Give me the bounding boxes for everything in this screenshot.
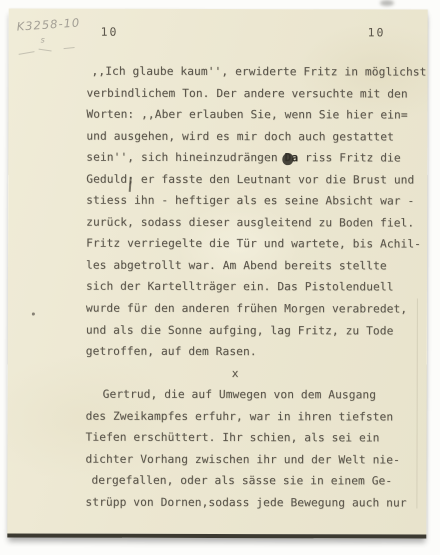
- text-line: Geduld; er fasste den Leutnant vor die B…: [86, 168, 431, 190]
- text-segment: sein'', sich hineinzudrängen: [86, 151, 284, 165]
- text-line: getroffen, auf dem Rasen.: [86, 341, 431, 363]
- text-line: verbindlichem Ton. Der andere versuchte …: [86, 82, 431, 104]
- ink-blot-overstrike: Da: [285, 151, 299, 164]
- archive-code-annotation: K3258-10: [16, 15, 80, 33]
- text-line: les abgetrollt war. Am Abend bereits ste…: [86, 255, 431, 277]
- text-line: Tiefen erschüttert. Ihr schien, als sei …: [86, 427, 431, 449]
- text-segment: riss Fritz die: [298, 151, 401, 164]
- page-number-left: 10: [101, 25, 119, 39]
- pencil-scribble: [39, 49, 52, 52]
- text-line: Gertrud, die auf Umwegen von dem Ausgang: [86, 384, 431, 406]
- text-line: strüpp von Dornen,sodass jede Bewegung a…: [85, 492, 430, 514]
- text-line: Fritz verriegelte die Tür und wartete, b…: [86, 233, 431, 255]
- text-line: zurück, sodass dieser ausgleitend zu Bod…: [86, 211, 431, 233]
- text-line: dichter Vorhang zwischen ihr und der Wel…: [85, 448, 430, 470]
- text-line: wurde für den anderen frühen Morgen vera…: [86, 298, 431, 320]
- text-line: des Zweikampfes erfuhr, war in ihren tie…: [86, 405, 431, 427]
- scanner-edge-smudge: [380, 0, 394, 6]
- page-number-right: 10: [368, 25, 386, 39]
- text-line: ,,Ich glaube kaum'', erwiderte Fritz in …: [87, 61, 432, 83]
- paper-sheet: K3258-10 s 10 10 ,,Ich glaube kaum'', er…: [7, 8, 427, 538]
- scanned-typescript-page: { "colors": { "background": "#fcfcfa", "…: [0, 0, 440, 555]
- ink-speck: [32, 313, 35, 316]
- typescript: ,,Ich glaube kaum'', erwiderte Fritz in …: [85, 61, 431, 514]
- text-line: dergefallen, oder als sässe sie in einem…: [85, 470, 430, 492]
- section-divider: x: [86, 362, 431, 384]
- text-line: sein'', sich hineinzudrängen Da riss Fri…: [86, 147, 431, 169]
- text-line: und als die Sonne aufging, lag Fritz, zu…: [86, 319, 431, 341]
- archive-submark-annotation: s: [41, 36, 45, 45]
- pencil-scribble: [64, 47, 75, 49]
- text-line: und ausgehen, wird es mir doch auch gest…: [86, 125, 431, 147]
- text-line: Worten: ,,Aber erlauben Sie, wenn Sie hi…: [86, 104, 431, 126]
- pencil-scribble: [19, 51, 35, 55]
- text-line: sich der Kartellträger ein. Das Pistolen…: [86, 276, 431, 298]
- text-line: stiess ihn - heftiger als es seine Absic…: [86, 190, 431, 212]
